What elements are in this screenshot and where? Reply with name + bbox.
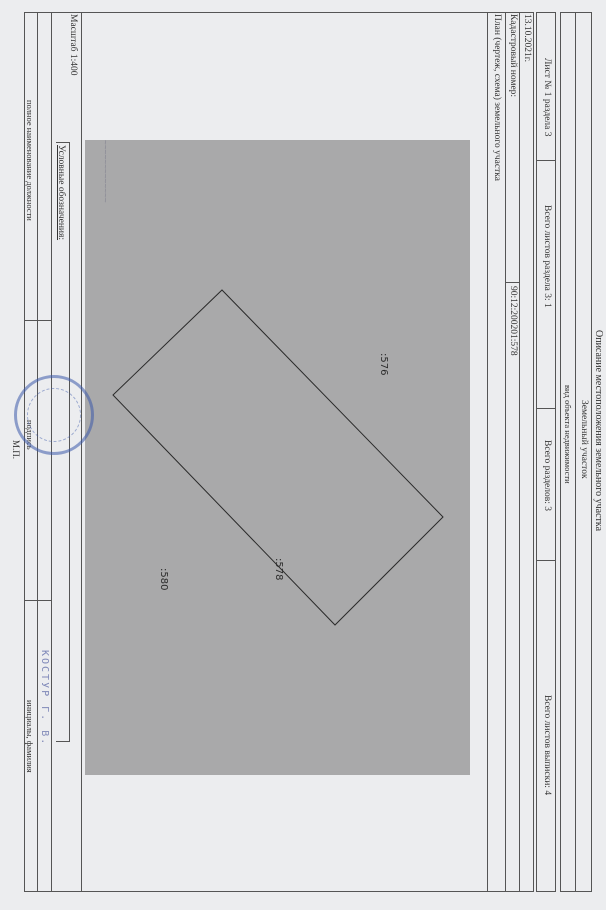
object-type-caption: вид объекта недвижимости bbox=[563, 385, 573, 484]
plan-title: План (чертеж, схема) земельного участка bbox=[492, 14, 502, 181]
object-type: Земельный участок bbox=[579, 400, 589, 479]
plan-drawing: :576 :578 :580 ~~~~~~~~~~~~~ bbox=[85, 140, 470, 775]
stamp-caption: М.П. bbox=[11, 440, 21, 459]
document-title: Описание местоположения земельного участ… bbox=[593, 330, 604, 531]
document-page: Описание местоположения земельного участ… bbox=[0, 0, 606, 910]
sheet-number: Лист № 1 раздела 3 bbox=[542, 58, 552, 137]
sheets-in-extract: Всего листов выписки: 4 bbox=[542, 695, 552, 795]
parcel-plan-svg: :576 :578 :580 bbox=[85, 140, 470, 775]
faint-stamp-text: ~~~~~~~~~~~~~ bbox=[101, 140, 110, 203]
parcel-label-580: :580 bbox=[158, 568, 169, 590]
official-seal-inner bbox=[27, 388, 81, 442]
name-caption: инициалы, фамилия bbox=[25, 700, 35, 773]
sections-total: Всего разделов: 3 bbox=[542, 440, 552, 511]
sheets-in-section: Всего листов раздела 3: 1 bbox=[542, 205, 552, 308]
position-caption: полное наименование должности bbox=[25, 100, 35, 221]
parcel-label-578: :578 bbox=[273, 558, 284, 580]
signer-name: КОСТУР Г. В. bbox=[39, 650, 50, 746]
scale-label: Масштаб 1:400 bbox=[68, 14, 78, 76]
cadastral-number: 90:12:200201:578 bbox=[508, 286, 518, 356]
extract-date: 13.10.2021г. bbox=[522, 14, 532, 62]
cadastral-label: Кадастровый номер: bbox=[508, 14, 518, 97]
parcel-label-576: :576 bbox=[378, 353, 389, 375]
